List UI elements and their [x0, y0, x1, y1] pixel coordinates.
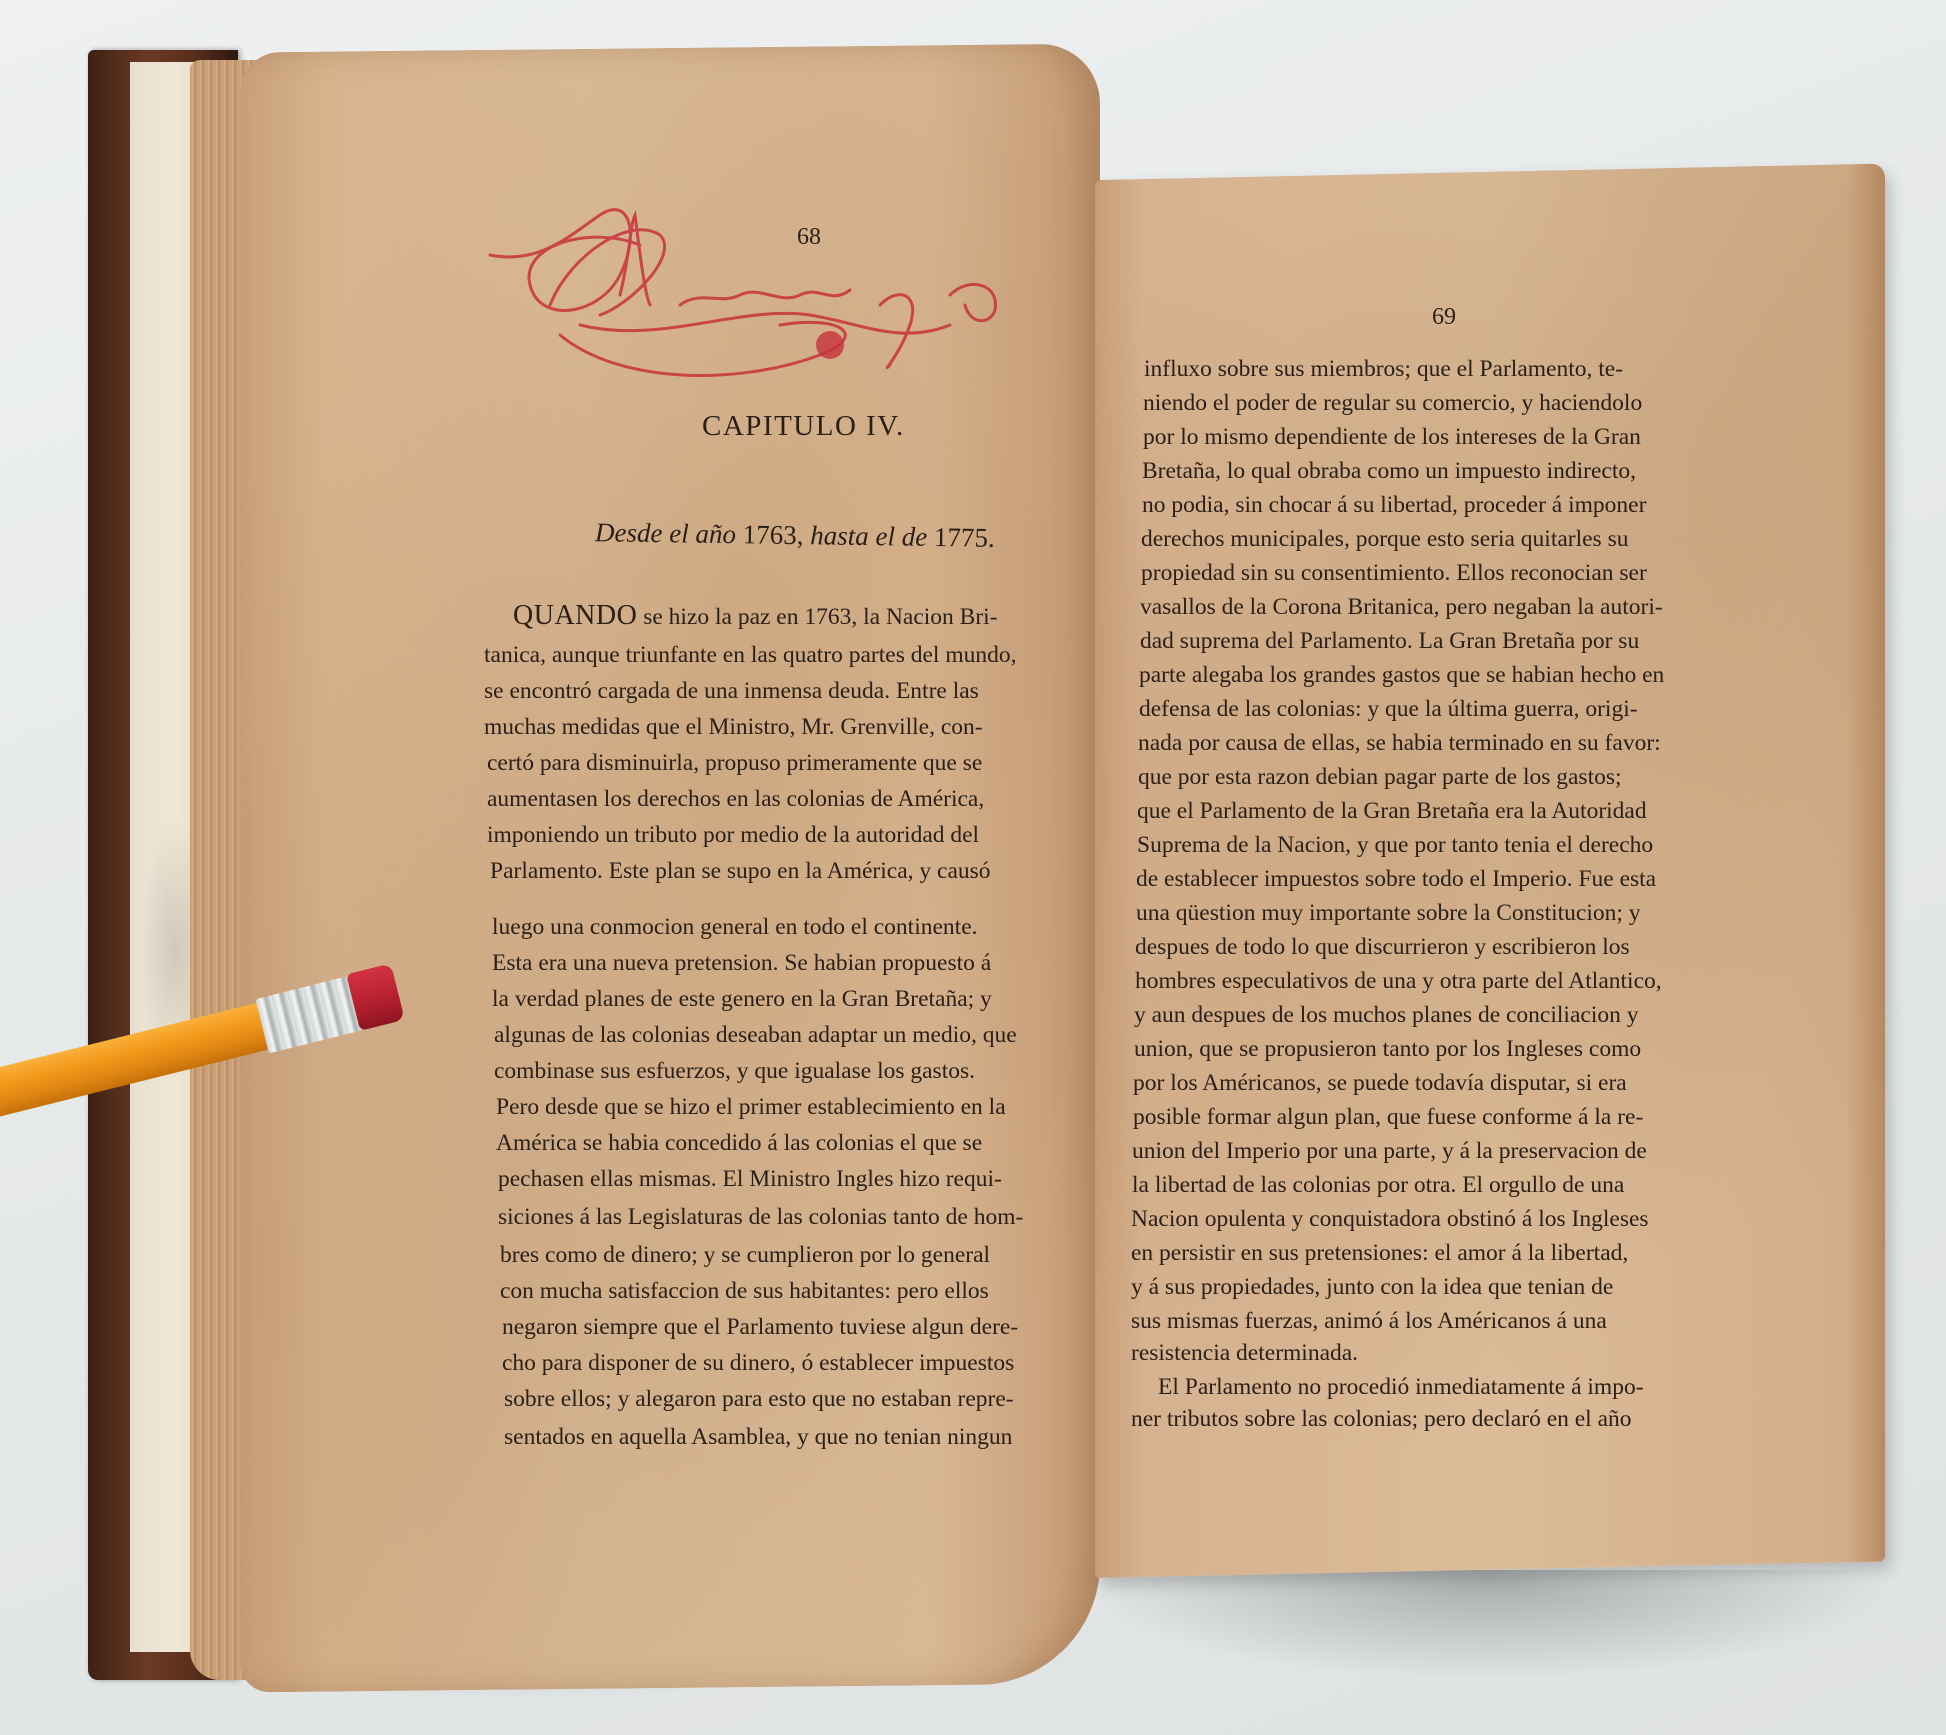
text-line: niendo el poder de regular su comercio, … [1143, 390, 1642, 417]
text-line: union del Imperio por una parte, y á la … [1132, 1138, 1647, 1165]
text-line: dad suprema del Parlamento. La Gran Bret… [1140, 628, 1639, 655]
text-line: con mucha satisfaccion de sus habitantes… [500, 1278, 989, 1305]
text-line: la libertad de las colonias por otra. El… [1132, 1172, 1624, 1199]
text-line: bres como de dinero; y se cumplieron por… [500, 1242, 990, 1269]
text-line: por lo mismo dependiente de los interese… [1143, 424, 1641, 451]
text-line: Esta era una nueva pretension. Se habian… [492, 950, 991, 977]
text-line: sentados en aquella Asamblea, y que no t… [504, 1424, 1012, 1451]
page-number-left: 68 [797, 224, 821, 251]
text-line: la verdad planes de este genero en la Gr… [492, 986, 992, 1013]
text-line: Suprema de la Nacion, y que por tanto te… [1137, 832, 1653, 859]
text-line: imponiendo un tributo por medio de la au… [487, 822, 979, 849]
text-line: sus mismas fuerzas, animó á los Américan… [1131, 1308, 1607, 1335]
text-line: aumentasen los derechos en las colonias … [487, 786, 984, 813]
text-line: despues de todo lo que discurrieron y es… [1135, 934, 1630, 961]
text-line: en persistir en sus pretensiones: el amo… [1131, 1240, 1628, 1267]
text-line: combinase sus esfuerzos, y que igualase … [494, 1058, 975, 1085]
text-line: parte alegaba los grandes gastos que se … [1139, 662, 1664, 689]
text-line: se encontró cargada de una inmensa deuda… [484, 678, 979, 705]
text-line: Parlamento. Este plan se supo en la Amér… [490, 858, 991, 885]
text-line: algunas de las colonias deseaban adaptar… [494, 1022, 1017, 1049]
text-line: hombres especulativos de una y otra part… [1135, 968, 1662, 995]
text-line: defensa de las colonias: y que la última… [1139, 696, 1638, 723]
text-line: cho para disponer de su dinero, ó establ… [502, 1350, 1014, 1377]
chapter-subtitle: Desde el año 1763, hasta el de 1775. [595, 517, 995, 554]
text-line: negaron siempre que el Parlamento tuvies… [502, 1314, 1018, 1341]
subtitle-year-1: 1763, [743, 519, 804, 550]
text-line: por los Américanos, se puede todavía dis… [1133, 1070, 1627, 1097]
text-line: Pero desde que se hizo el primer estable… [496, 1094, 1006, 1121]
book-photo-scene: C. Ramirez y R. 68 69 CAPITULO IV. Desde… [0, 0, 1946, 1735]
text-line: nada por causa de ellas, se habia termin… [1138, 730, 1661, 757]
text-line: ner tributos sobre las colonias; pero de… [1131, 1406, 1632, 1433]
text-line: propiedad sin su consentimiento. Ellos r… [1141, 560, 1647, 587]
text-line: y aun despues de los muchos planes de co… [1134, 1002, 1638, 1029]
text-line: que por esta razon debian pagar parte de… [1138, 764, 1622, 791]
text-line: que el Parlamento de la Gran Bretaña era… [1137, 798, 1647, 825]
text-line: América se habia concedido á las colonia… [496, 1130, 982, 1157]
text-line: no podia, sin chocar á su libertad, proc… [1142, 492, 1646, 519]
text-line: siciones á las Legislaturas de las colon… [498, 1204, 1023, 1231]
text-line: vasallos de la Corona Britanica, pero ne… [1140, 594, 1663, 621]
text-line: El Parlamento no procedió inmediatamente… [1158, 1374, 1644, 1401]
subtitle-part-2: hasta el de [810, 520, 927, 552]
book-shadow-right [1080, 1570, 1900, 1680]
lead-word: QUANDO [513, 600, 637, 631]
subtitle-year-2: 1775. [934, 522, 995, 553]
subtitle-part-1: Desde el año [595, 517, 736, 549]
text-line: derechos municipales, porque esto seria … [1141, 526, 1628, 553]
text-line: resistencia determinada. [1131, 1340, 1358, 1367]
text-line: de establecer impuestos sobre todo el Im… [1136, 866, 1656, 893]
text-line: union, que se propusieron tanto por los … [1134, 1036, 1641, 1063]
text-line: luego una conmocion general en todo el c… [492, 914, 978, 941]
text-line: una qüestion muy importante sobre la Con… [1136, 900, 1641, 927]
text-line: influxo sobre sus miembros; que el Parla… [1144, 356, 1623, 383]
page-number-right: 69 [1432, 304, 1456, 331]
text-line: certó para disminuirla, propuso primeram… [487, 750, 982, 777]
text-line: y á sus propiedades, junto con la idea q… [1131, 1274, 1613, 1301]
text-line: posible formar algun plan, que fuese con… [1133, 1104, 1643, 1131]
text-line: sobre ellos; y alegaron para esto que no… [504, 1386, 1014, 1413]
text-line: tanica, aunque triunfante en las quatro … [484, 642, 1016, 669]
text-line: Bretaña, lo qual obraba como un impuesto… [1142, 458, 1636, 485]
text-line: pechasen ellas mismas. El Ministro Ingle… [498, 1166, 1002, 1193]
text-line: muchas medidas que el Ministro, Mr. Gren… [484, 714, 983, 741]
text-line: QUANDO se hizo la paz en 1763, la Nacion… [513, 600, 998, 632]
chapter-title: CAPITULO IV. [702, 410, 905, 443]
handwritten-signature-icon: C. Ramirez y R. [480, 195, 1060, 395]
text-line: Nacion opulenta y conquistadora obstinó … [1131, 1206, 1649, 1233]
